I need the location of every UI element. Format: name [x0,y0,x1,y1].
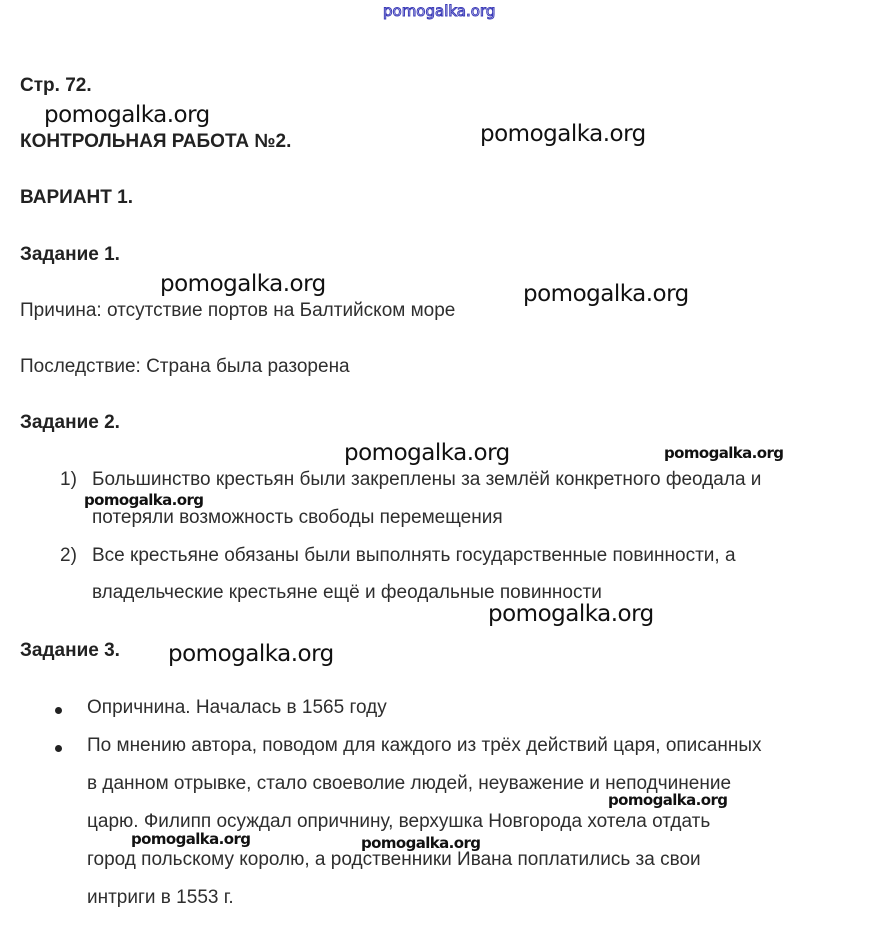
watermark: pomogalka.org [344,440,510,466]
watermark: pomogalka.org [664,444,783,462]
watermark: pomogalka.org [480,121,646,147]
task3-heading: Задание 3. [20,640,120,662]
top-watermark: pomogalka.org [383,2,495,20]
watermark: pomogalka.org [168,641,334,667]
task1-consequence: Последствие: Страна была разорена [20,356,350,378]
watermark: pomogalka.org [608,791,727,809]
task1-cause: Причина: отсутствие портов на Балтийском… [20,300,455,322]
variant-heading: ВАРИАНТ 1. [20,187,133,209]
task1-heading: Задание 1. [20,244,120,266]
watermark: pomogalka.org [488,601,654,627]
bullet-icon [55,707,62,714]
page-reference: Стр. 72. [20,75,92,97]
task2-item-marker: 1) [60,469,77,491]
task3-bullet-line: По мнению автора, поводом для каждого из… [87,735,762,757]
task2-heading: Задание 2. [20,412,120,434]
task2-item-line: Все крестьяне обязаны были выполнять гос… [92,545,736,567]
task2-item-line: Большинство крестьян были закреплены за … [92,469,761,491]
watermark: pomogalka.org [523,281,689,307]
task3-bullet-line: Опричнина. Началась в 1565 году [87,697,387,719]
watermark: pomogalka.org [131,830,250,848]
document-title: КОНТРОЛЬНАЯ РАБОТА №2. [20,131,291,153]
task2-item-marker: 2) [60,545,77,567]
task3-bullet-line: город польскому королю, а родственники И… [87,849,701,871]
watermark: pomogalka.org [44,102,210,128]
bullet-icon [55,745,62,752]
task2-item-line: потеряли возможность свободы перемещения [92,507,503,529]
watermark: pomogalka.org [160,271,326,297]
task3-bullet-line: интриги в 1553 г. [87,887,234,909]
